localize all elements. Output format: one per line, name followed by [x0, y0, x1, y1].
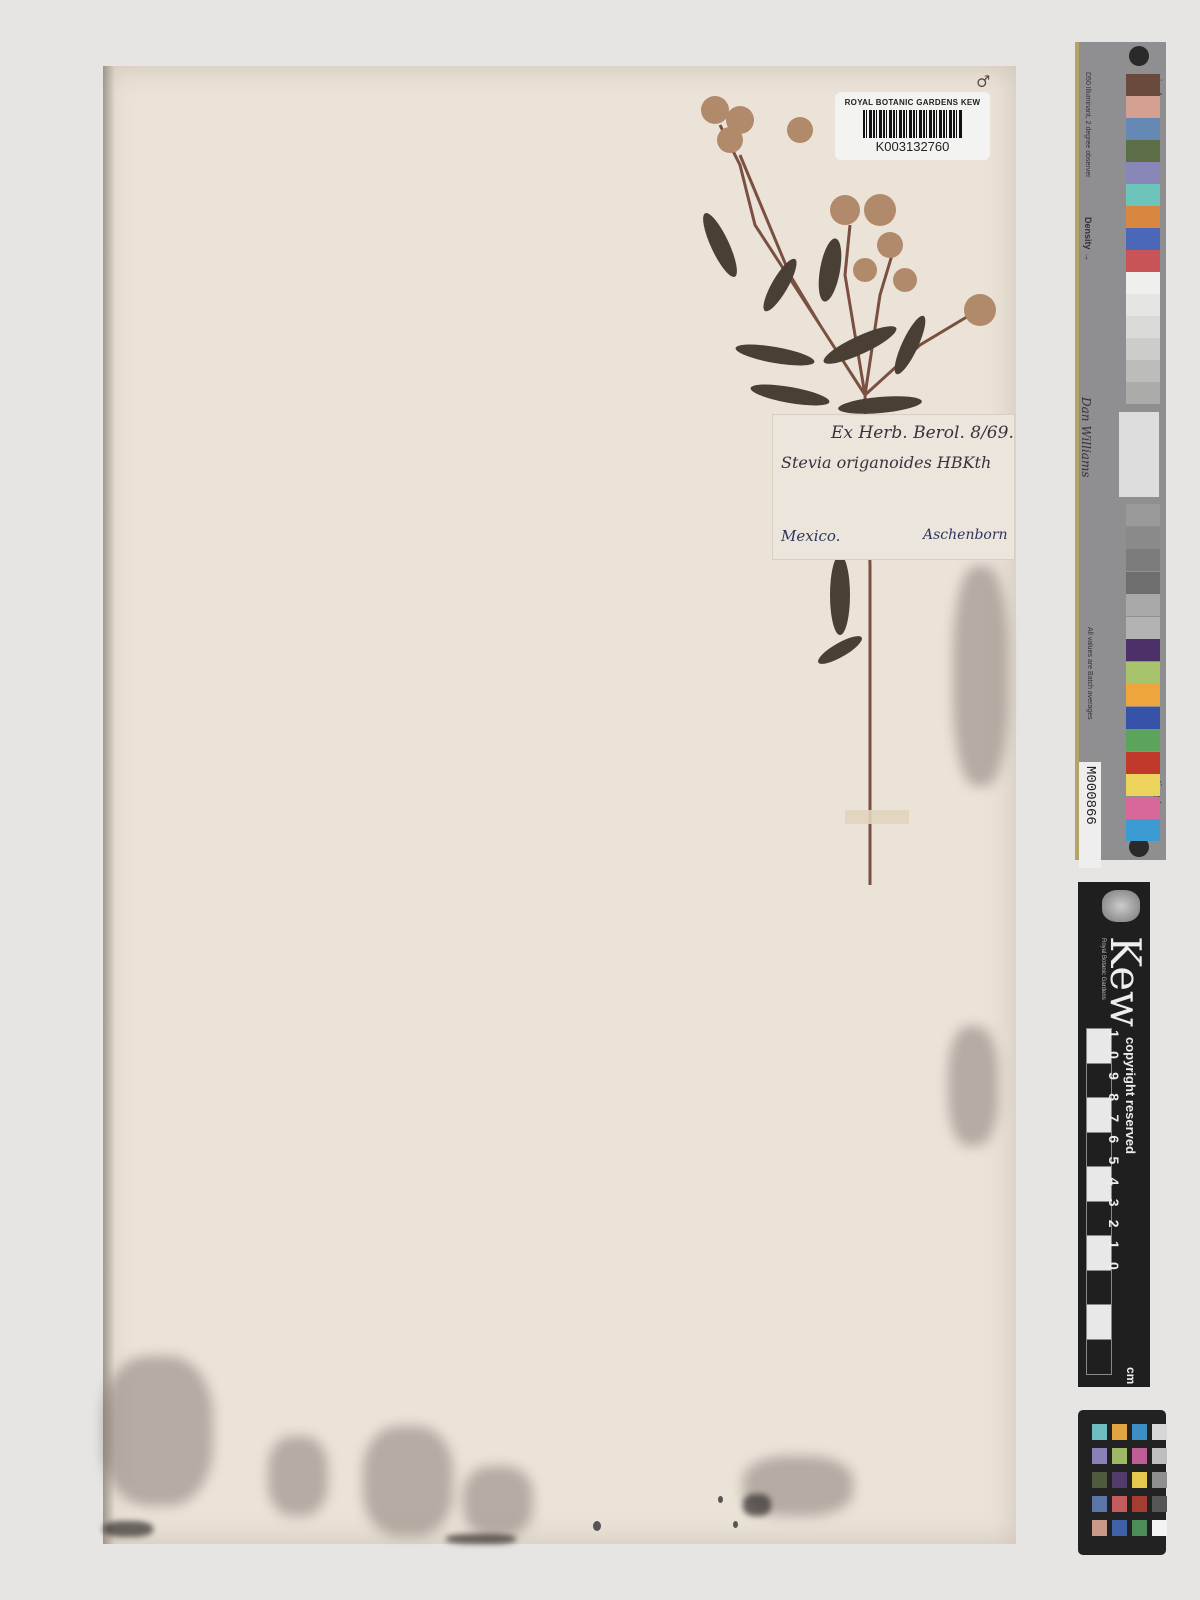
mounting-tape — [845, 810, 909, 824]
scale-segment — [1086, 1304, 1112, 1340]
color-swatch — [1152, 1448, 1167, 1464]
color-swatch — [1092, 1472, 1107, 1488]
color-patch — [1126, 617, 1160, 639]
color-patch — [1126, 797, 1160, 819]
ink-spot — [718, 1496, 723, 1503]
color-swatch — [1092, 1496, 1107, 1512]
color-checker-card — [1078, 1410, 1166, 1555]
color-swatch — [1132, 1424, 1147, 1440]
barcode-label: ROYAL BOTANIC GARDENS KEW K003132760 — [835, 92, 990, 160]
brand-name: Dan Williams — [1079, 397, 1093, 477]
gray-scale-target — [1119, 412, 1159, 497]
color-patch — [1126, 639, 1160, 661]
color-swatch — [1152, 1520, 1167, 1536]
color-swatch — [1132, 1472, 1147, 1488]
color-patch — [1126, 184, 1160, 206]
color-patch — [1126, 504, 1160, 526]
color-patch — [1126, 572, 1160, 594]
color-patch — [1126, 684, 1160, 706]
unit-label: cm — [1124, 1367, 1138, 1384]
kew-logo-subtext: Royal Botanic Gardens — [1100, 938, 1106, 1000]
collector: Aschenborn — [923, 527, 1008, 543]
institution-name: ROYAL BOTANIC GARDENS KEW — [835, 98, 990, 107]
color-swatch — [1092, 1520, 1107, 1536]
color-patch — [1126, 549, 1160, 571]
foxing-stain — [363, 1426, 453, 1536]
foxing-stain — [463, 1466, 533, 1536]
color-swatch — [1152, 1424, 1167, 1440]
color-swatch — [1112, 1520, 1127, 1536]
herbarium-source: Ex Herb. Berol. 8/69. — [831, 423, 1014, 443]
sex-annotation: ♂ — [976, 72, 990, 91]
color-swatch — [1132, 1448, 1147, 1464]
copyright-text: copyright reserved — [1123, 1037, 1138, 1154]
color-patch — [1126, 272, 1160, 294]
color-patch — [1126, 206, 1160, 228]
color-patch — [1126, 316, 1160, 338]
color-swatch — [1112, 1496, 1127, 1512]
color-patch — [1126, 527, 1160, 549]
color-patch — [1126, 382, 1160, 404]
strip-id-label: M000866 — [1079, 762, 1101, 868]
kew-logo: Kew — [1101, 936, 1150, 1027]
color-patch — [1126, 294, 1160, 316]
ink-spot — [593, 1521, 601, 1531]
foxing-stain — [743, 1494, 771, 1516]
locality: Mexico. — [781, 527, 840, 545]
color-swatch — [1112, 1472, 1127, 1488]
color-swatch — [1112, 1448, 1127, 1464]
taxon-name: Stevia origanoides HBKth — [781, 453, 991, 472]
foxing-stain — [103, 1521, 153, 1537]
color-swatch — [1132, 1496, 1147, 1512]
kew-scale-bar: Kew Royal Botanic Gardens copyright rese… — [1078, 882, 1150, 1387]
color-patch — [1126, 74, 1160, 96]
scale-segment — [1086, 1339, 1112, 1375]
foxing-stain — [948, 1026, 998, 1146]
color-patch — [1126, 752, 1160, 774]
density-label: Density → — [1083, 217, 1093, 261]
color-swatch — [1152, 1472, 1167, 1488]
color-patch — [1126, 162, 1160, 184]
color-patch — [1126, 819, 1160, 841]
color-swatch — [1152, 1496, 1167, 1512]
foxing-stain — [446, 1534, 516, 1544]
footnote: All values are Batch averages — [1086, 627, 1093, 720]
color-calibration-strip: inches centimeters D50 Illuminant, 2 deg… — [1075, 42, 1166, 860]
color-patch — [1126, 774, 1160, 796]
color-swatch — [1092, 1448, 1107, 1464]
ink-spot — [733, 1521, 738, 1528]
strip-hole — [1129, 46, 1149, 66]
scale-numbers: 109876543210 — [1106, 1030, 1122, 1283]
color-patch — [1126, 228, 1160, 250]
illuminant-note: D50 Illuminant, 2 degree observer — [1084, 72, 1091, 177]
color-swatch — [1132, 1520, 1147, 1536]
color-patch — [1126, 729, 1160, 751]
color-patch — [1126, 338, 1160, 360]
color-swatch — [1112, 1424, 1127, 1440]
color-swatch — [1092, 1424, 1107, 1440]
foxing-stain — [103, 1356, 213, 1506]
color-patch — [1126, 96, 1160, 118]
color-patch — [1126, 140, 1160, 162]
color-patch — [1126, 594, 1160, 616]
color-patch — [1126, 118, 1160, 140]
color-patch — [1126, 250, 1160, 272]
color-patch — [1126, 662, 1160, 684]
foxing-stain — [268, 1436, 328, 1516]
kew-crest-icon — [1102, 890, 1140, 922]
color-patch — [1126, 707, 1160, 729]
color-patch — [1126, 360, 1160, 382]
barcode-number: K003132760 — [835, 139, 990, 154]
barcode — [863, 110, 963, 138]
determination-label: Ex Herb. Berol. 8/69. Stevia origanoides… — [772, 414, 1015, 560]
